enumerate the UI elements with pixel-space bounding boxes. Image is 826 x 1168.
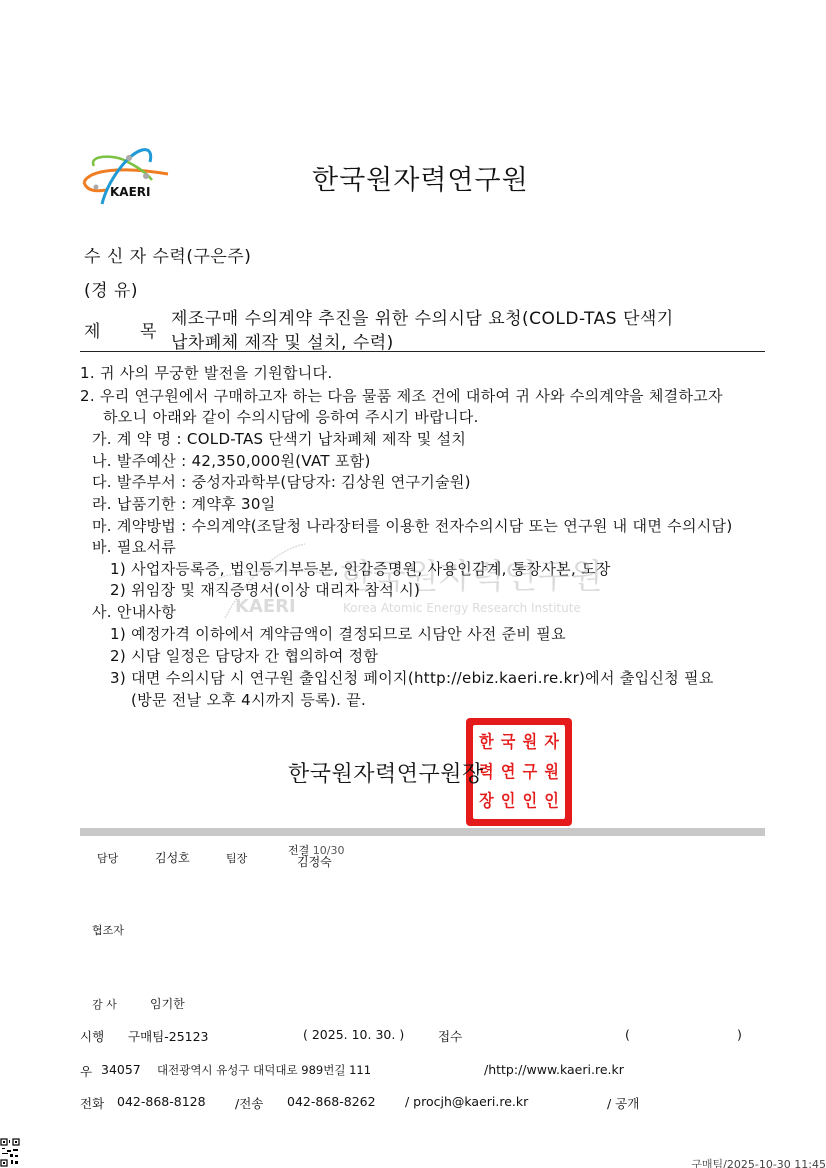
recipient-row: 수 신 자 수력(구은주) <box>84 242 251 267</box>
disclosure-status: / 공개 <box>607 1094 639 1112</box>
print-stamp: 구매팀/2025-10-30 11:45 <box>691 1156 826 1168</box>
subject-line-1: 제조구매 수의계약 추진을 위한 수의시담 요청(COLD-TAS 단색기 <box>171 304 674 329</box>
leader-label: 팀장 <box>226 850 247 866</box>
drafter-name: 김성호 <box>155 849 190 866</box>
paragraph-2-line-1: 2. 우리 연구원에서 구매하고자 하는 다음 물품 제조 건에 대하여 귀 사… <box>80 385 723 406</box>
seal-char: 연 <box>498 756 519 789</box>
notice-1: 1) 예정가격 이하에서 계약금액이 결정되므로 시담안 사전 준비 필요 <box>110 623 566 644</box>
via-row: (경 유) <box>84 276 138 301</box>
seal-char: 한 <box>476 726 497 759</box>
header-divider <box>80 351 765 352</box>
receipt-close: ) <box>737 1027 742 1042</box>
approval-divider-bar <box>80 828 765 836</box>
recipient-value: 수력(구은주) <box>152 247 251 267</box>
enforce-label: 시행 <box>80 1027 104 1045</box>
seal-char: 구 <box>520 756 541 789</box>
seal-char: 인 <box>541 785 562 818</box>
email-link[interactable]: / procjh@kaeri.re.kr <box>405 1094 528 1109</box>
fax-label: /전송 <box>235 1094 263 1112</box>
signatory-name: 한국원자력연구원장 <box>288 757 484 788</box>
item-contract-name: 가. 계 약 명 : COLD-TAS 단색기 납차폐체 제작 및 설치 <box>92 428 466 449</box>
svg-text:Korea Atomic Energy Research I: Korea Atomic Energy Research Institute <box>343 601 581 615</box>
kaeri-logo: KAERI <box>80 140 170 210</box>
enforce-date: ( 2025. 10. 30. ) <box>303 1027 404 1042</box>
item-department: 다. 발주부서 : 중성자과학부(담당자: 김상원 연구기술원) <box>92 471 471 492</box>
notice-3-continued: (방문 전날 오후 4시까지 등록). 끝. <box>131 689 366 710</box>
receipt-label: 접수 <box>438 1027 462 1045</box>
required-doc-1: 1) 사업자등록증, 법인등기부등본, 인감증명원, 사용인감계, 통장사본, … <box>110 558 611 579</box>
required-doc-2: 2) 위임장 및 재직증명서(이상 대리자 참석 시) <box>110 579 420 600</box>
notice-title: 사. 안내사항 <box>92 601 176 622</box>
seal-characters: 한 국 원 자 력 연 구 원 장 인 인 인 <box>473 725 565 819</box>
svg-text:KAERI: KAERI <box>110 185 151 199</box>
item-budget: 나. 발주예산 : 42,350,000원(VAT 포함) <box>92 450 371 471</box>
atom-logo-icon: KAERI <box>80 140 170 210</box>
via-label: (경 유) <box>84 281 138 301</box>
receipt-open: ( <box>625 1027 630 1042</box>
item-required-docs: 바. 필요서류 <box>92 536 176 557</box>
seal-char: 원 <box>520 726 541 759</box>
phone-number: 042-868-8128 <box>117 1094 206 1109</box>
notice-3: 3) 대면 수의시담 시 연구원 출입신청 페이지(http://ebiz.ka… <box>110 667 714 688</box>
notice-2: 2) 시담 일정은 담당자 간 협의하여 정함 <box>110 645 378 666</box>
drafter-label: 담당 <box>97 850 118 866</box>
address: 대전광역시 유성구 대덕대로 989번길 111 <box>157 1062 371 1078</box>
auditor-name: 임기한 <box>150 995 185 1012</box>
organization-title: 한국원자력연구원 <box>312 158 529 197</box>
item-delivery-deadline: 라. 납품기한 : 계약후 30일 <box>92 493 276 514</box>
recipient-label: 수 신 자 <box>84 247 147 267</box>
seal-char: 인 <box>520 785 541 818</box>
seal-char: 자 <box>541 726 562 759</box>
qr-code-icon <box>0 1138 20 1168</box>
cooperator-label: 협조자 <box>92 922 124 938</box>
postal-label: 우 <box>80 1062 92 1080</box>
paragraph-1: 1. 귀 사의 무궁한 발전을 기원합니다. <box>80 362 332 383</box>
website-link[interactable]: /http://www.kaeri.re.kr <box>484 1062 624 1077</box>
item-contract-method: 마. 계약방법 : 수의계약(조달청 나라장터를 이용한 전자수의시담 또는 연… <box>92 515 733 536</box>
auditor-label: 감 사 <box>92 996 117 1012</box>
subject-label-1: 제 <box>84 317 101 342</box>
seal-char: 국 <box>498 726 519 759</box>
phone-label: 전화 <box>80 1094 104 1112</box>
fax-number: 042-868-8262 <box>287 1094 376 1109</box>
seal-char: 장 <box>476 785 497 818</box>
enforce-number: 구매팀-25123 <box>128 1027 209 1045</box>
paragraph-2-line-2: 하오니 아래와 같이 수의시담에 응하여 주시기 바랍니다. <box>103 406 479 427</box>
postal-code: 34057 <box>101 1062 141 1077</box>
final-approver-name: 김정숙 <box>297 853 332 870</box>
subject-label-2: 목 <box>140 317 157 342</box>
seal-char: 인 <box>498 785 519 818</box>
seal-char: 원 <box>541 756 562 789</box>
subject-line-2: 납차폐체 제작 및 설치, 수력) <box>171 328 394 353</box>
